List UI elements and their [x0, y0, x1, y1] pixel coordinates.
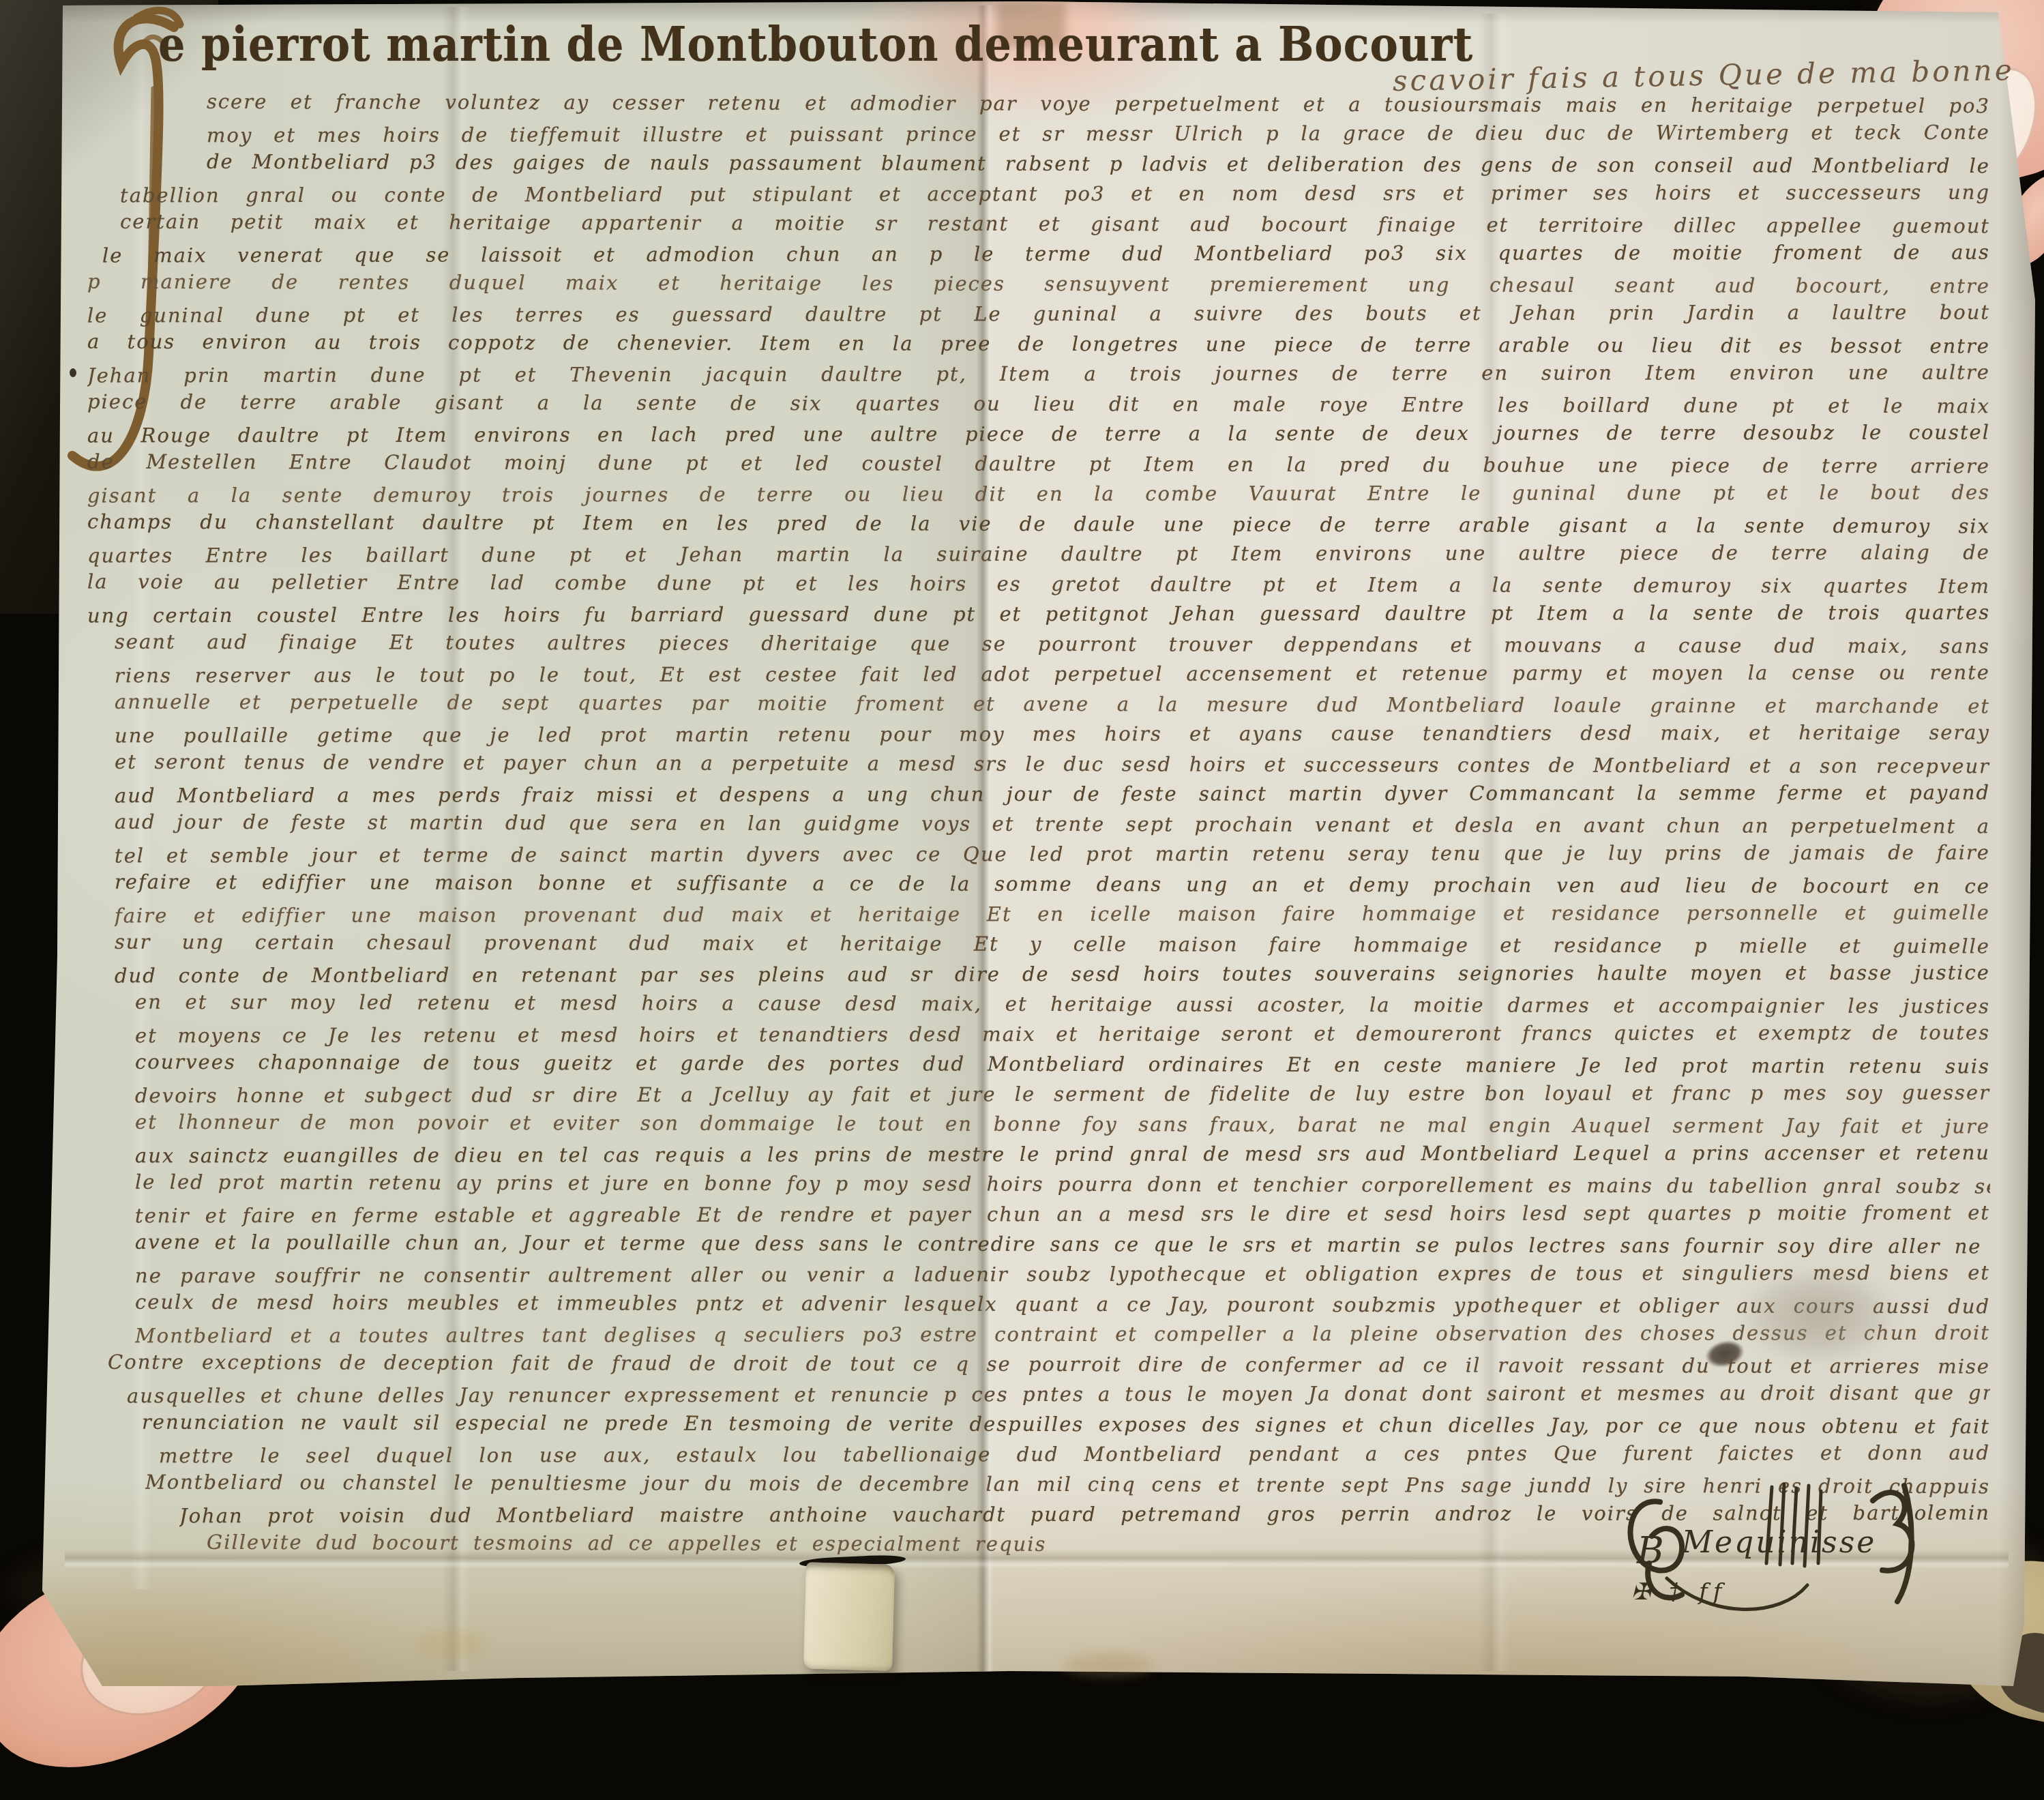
charter-opening-title: e pierrot martin de Montbouton demeurant… — [158, 16, 1473, 72]
manuscript-line: et seront tenus de vendre et payer chun … — [115, 747, 1990, 782]
manuscript-line: et moyens ce Je les retenu et mesd hoirs… — [135, 1018, 1990, 1051]
manuscript-lines: scere et franche voluntez ay cesser rete… — [87, 89, 1990, 1559]
manuscript-line: aud jour de feste st martin dud que sera… — [115, 807, 1990, 842]
manuscript-line: avene et la poullaille chun an, Jour et … — [135, 1227, 1990, 1262]
manuscript-line: aud Montbeliard a mes perds fraiz missi … — [115, 778, 1990, 811]
manuscript-line: a tous environ au trois coppotz de chene… — [87, 327, 1990, 362]
manuscript-line: dud conte de Montbeliard en retenant par… — [115, 958, 1990, 991]
gray-stain — [1738, 1267, 1898, 1364]
manuscript-line: en et sur moy led retenu et mesd hoirs a… — [135, 987, 1990, 1022]
manuscript-photo: e pierrot martin de Montbouton demeurant… — [0, 0, 2044, 1686]
turned-up-parchment-flap — [803, 1562, 895, 1670]
manuscript-line: le led prot martin retenu ay prins et ju… — [135, 1167, 1990, 1202]
manuscript-line: ceulx de mesd hoirs meubles et immeubles… — [135, 1287, 1990, 1322]
manuscript-line: le maix venerat que se laissoit et admod… — [102, 237, 1990, 271]
manuscript-line: annuelle et perpetuelle de sept quartes … — [115, 687, 1990, 722]
manuscript-line: p maniere de rentes duquel maix et herit… — [87, 267, 1990, 301]
manuscript-line: refaire et ediffier une maison bonne et … — [115, 867, 1990, 902]
manuscript-line: sur ung certain chesaul provenant dud ma… — [115, 927, 1990, 962]
manuscript-line: tenir et faire en ferme estable et aggre… — [135, 1198, 1990, 1231]
manuscript-line: faire et ediffier une maison provenant d… — [115, 898, 1990, 931]
manuscript-line: au Rouge daultre pt Item environs en lac… — [87, 417, 1990, 451]
manuscript-line: scere et franche voluntez ay cesser rete… — [207, 87, 1990, 121]
manuscript-line: courvees chaponnaige de tous gueitz et g… — [135, 1047, 1990, 1082]
manuscript-line: quartes Entre les baillart dune pt et Je… — [87, 537, 1990, 571]
manuscript-line: et lhonneur de mon povoir et eviter son … — [135, 1107, 1990, 1142]
manuscript-line: de Montbeliard p3 des gaiges de nauls pa… — [207, 147, 1990, 181]
manuscript-line: ung certain coustel Entre les hoirs fu b… — [87, 597, 1990, 631]
manuscript-line: gisant a la sente demuroy trois journes … — [87, 477, 1990, 511]
foxing-spot — [1064, 1653, 1153, 1677]
signature-paraph-mark: ✠ † ff — [1631, 1578, 1727, 1606]
signature-initial: B — [1636, 1529, 1664, 1572]
manuscript-line: champs du chanstellant daultre pt Item e… — [87, 507, 1990, 542]
manuscript-line: le guninal dune pt et les terres es gues… — [87, 297, 1990, 331]
signature-name: Mequinisse — [1681, 1525, 1876, 1560]
manuscript-line: tabellion gnral ou conte de Montbeliard … — [120, 177, 1990, 211]
manuscript-line: ne parave souffrir ne consentir aultreme… — [135, 1258, 1990, 1291]
manuscript-line: une poullaille getime que je led prot ma… — [115, 718, 1990, 751]
manuscript-line: piece de terre arable gisant a la sente … — [87, 387, 1990, 422]
foxing-spot — [416, 1630, 484, 1659]
manuscript-line: ausquelles et chune delles Jay renuncer … — [127, 1378, 1990, 1411]
manuscript-line: riens reserver aus le tout po le tout, E… — [115, 658, 1990, 691]
manuscript-line: devoirs honne et subgect dud sr dire Et … — [135, 1078, 1990, 1111]
manuscript-line: de Mestellen Entre Claudot moinj dune pt… — [87, 447, 1990, 482]
manuscript-line: Jehan prin martin dune pt et Thevenin ja… — [87, 357, 1990, 391]
manuscript-line: tel et semble jour et terme de sainct ma… — [115, 838, 1990, 871]
manuscript-line: seant aud finaige Et toutes aultres piec… — [115, 627, 1990, 662]
manuscript-line: aux sainctz euangilles de dieu en tel ca… — [135, 1138, 1990, 1171]
manuscript-line: certain petit maix et heritaige apparten… — [120, 207, 1990, 241]
ink-speck — [70, 368, 76, 377]
manuscript-line: la voie au pelletier Entre lad combe dun… — [87, 567, 1990, 602]
manuscript-line: moy et mes hoirs de tieffemuit illustre … — [207, 117, 1990, 151]
manuscript-text-layer: e pierrot martin de Montbouton demeurant… — [0, 0, 2044, 1686]
manuscript-line: renunciation ne vault sil especial ne pr… — [142, 1407, 1990, 1442]
